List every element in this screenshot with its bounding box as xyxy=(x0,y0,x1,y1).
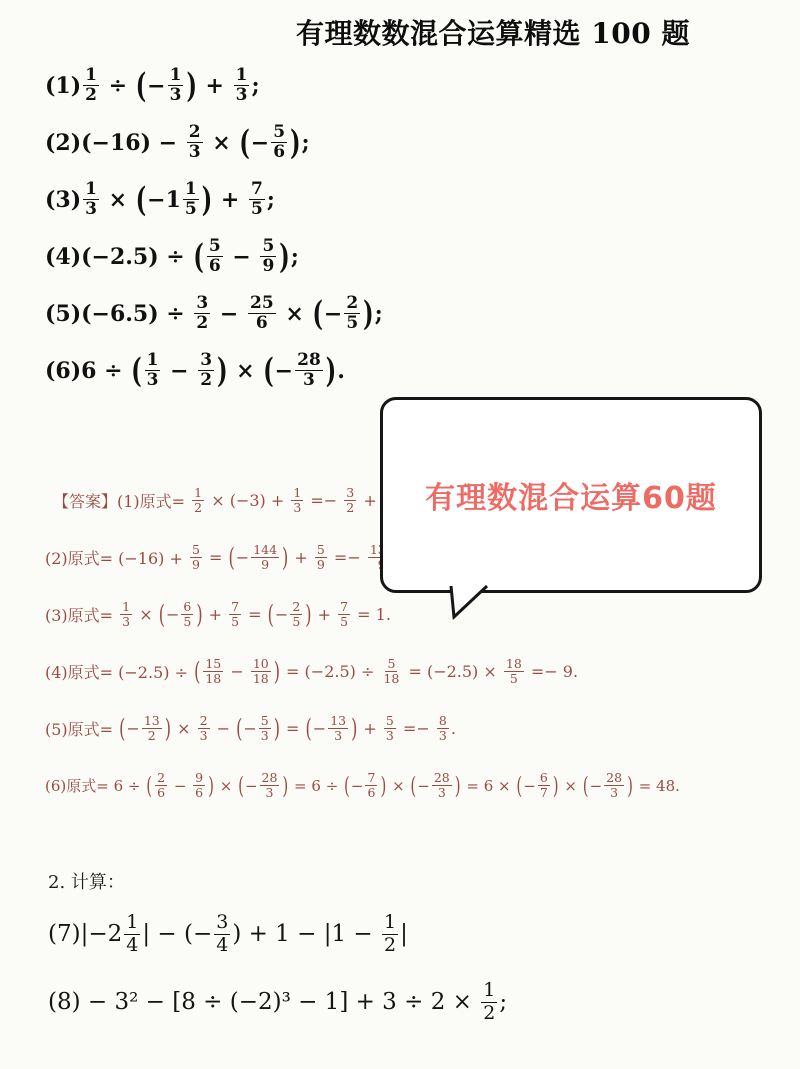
big-paren: ) xyxy=(282,772,288,800)
fraction: 53 xyxy=(259,714,271,743)
big-paren: ( xyxy=(306,714,312,743)
fraction: 133 xyxy=(328,714,348,743)
big-paren: ) xyxy=(208,772,214,800)
big-paren: ) xyxy=(165,714,171,743)
speech-bubble-text: 有理数混合运算60题 xyxy=(425,473,717,517)
answer-expression: (6)原式= 6 ÷ (26 − 96) × (−283) = 6 ÷ (−76… xyxy=(45,757,680,814)
math-text: − xyxy=(351,777,364,795)
math-text: (3) xyxy=(45,187,81,213)
math-text: (5)原式= xyxy=(45,717,118,740)
fraction: 12 xyxy=(382,912,398,956)
fraction: 56 xyxy=(207,237,223,276)
fraction: 32 xyxy=(194,294,210,333)
big-paren: ) xyxy=(363,293,373,333)
page-title: 有理数数混合运算精选 100 题 xyxy=(296,12,690,52)
math-text: ; xyxy=(499,989,507,1015)
math-text: + xyxy=(204,605,228,624)
math-text: + xyxy=(198,73,232,99)
problem-list: (1)12 ÷ (−13) + 13;(2)(−16) − 23 × (−56)… xyxy=(45,57,383,399)
fraction: 15 xyxy=(183,180,199,219)
fraction: 75 xyxy=(338,600,350,629)
big-paren: ( xyxy=(583,772,589,800)
fraction: 13 xyxy=(120,600,132,629)
big-paren: ) xyxy=(290,122,300,162)
math-text: . xyxy=(337,358,345,384)
math-text: − xyxy=(275,605,288,624)
big-paren: ( xyxy=(119,714,125,743)
fraction: 67 xyxy=(538,771,550,800)
fraction: 25 xyxy=(344,294,360,333)
fraction: 283 xyxy=(260,771,280,800)
big-paren: ) xyxy=(196,600,202,629)
math-text: − xyxy=(126,719,139,738)
fraction: 13 xyxy=(168,66,184,105)
problem-expression: (7)|−214| − (−34) + 1 − |1 − 12| xyxy=(48,900,507,968)
math-text: − xyxy=(166,605,179,624)
math-text: = xyxy=(204,548,228,567)
answer-expression: (3)原式= 13 × (−65) + 75 = (−25) + 75 = 1. xyxy=(45,586,680,643)
big-paren: ) xyxy=(282,543,288,572)
problem-list-2: (7)|−214| − (−34) + 1 − |1 − 12|(8) − 3²… xyxy=(48,900,507,1036)
math-text: × (−3) + xyxy=(206,491,289,510)
math-text: (8) − 3² − [8 ÷ (−2)³ − 1] + 3 ÷ 2 × xyxy=(48,989,479,1015)
fraction: 32 xyxy=(198,351,214,390)
math-text: − xyxy=(236,548,249,567)
big-paren: ( xyxy=(131,350,141,390)
big-paren: ) xyxy=(553,772,559,800)
math-text: − xyxy=(324,301,342,327)
math-text: =− xyxy=(398,719,435,738)
fraction: 256 xyxy=(248,294,276,333)
big-paren: ( xyxy=(159,600,165,629)
math-text: − xyxy=(225,244,259,270)
math-text: | xyxy=(400,921,408,947)
math-text: − xyxy=(212,719,236,738)
fraction: 283 xyxy=(432,771,452,800)
fraction: 13 xyxy=(145,351,161,390)
big-paren: ) xyxy=(274,657,280,686)
math-text: = 6 × xyxy=(462,777,516,795)
fraction: 59 xyxy=(315,543,327,572)
fraction: 1018 xyxy=(251,657,271,686)
math-text: × xyxy=(387,777,409,795)
math-text: ; xyxy=(251,73,259,99)
big-paren: ) xyxy=(326,350,336,390)
fraction: 1449 xyxy=(251,543,279,572)
big-paren: ( xyxy=(410,772,416,800)
fraction: 12 xyxy=(192,486,204,515)
problem-expression: (4)(−2.5) ÷ (56 − 59); xyxy=(45,228,383,285)
fraction: 13 xyxy=(234,66,250,105)
big-paren: ( xyxy=(136,65,146,105)
math-text: + xyxy=(358,719,382,738)
math-text: − xyxy=(225,662,249,681)
math-text: −1 xyxy=(147,187,181,213)
big-paren: ( xyxy=(344,772,350,800)
math-text: ; xyxy=(291,244,299,270)
math-text: 【答案】(1)原式= xyxy=(53,489,190,512)
fraction: 518 xyxy=(381,657,401,686)
problem-expression: (8) − 3² − [8 ÷ (−2)³ − 1] + 3 ÷ 2 × 12; xyxy=(48,968,507,1036)
math-text: − xyxy=(523,777,536,795)
math-text: | − (− xyxy=(142,921,212,947)
big-paren: ) xyxy=(627,772,633,800)
math-text: − xyxy=(212,301,246,327)
math-text: (5)(−6.5) ÷ xyxy=(45,301,192,327)
math-text: =− 9. xyxy=(526,662,578,681)
math-text: = 1. xyxy=(352,605,391,624)
big-paren: ) xyxy=(274,714,280,743)
fraction: 56 xyxy=(271,123,287,162)
math-text: (4)(−2.5) ÷ xyxy=(45,244,192,270)
math-text: = xyxy=(243,605,267,624)
math-text: (4)原式= (−2.5) ÷ xyxy=(45,660,193,683)
speech-bubble: 有理数混合运算60题 xyxy=(380,397,762,593)
math-text: × xyxy=(205,130,239,156)
fraction: 13 xyxy=(83,180,99,219)
fraction: 13 xyxy=(291,486,303,515)
big-paren: ) xyxy=(351,714,357,743)
fraction: 59 xyxy=(190,543,202,572)
fraction: 59 xyxy=(260,237,276,276)
fraction: 26 xyxy=(155,771,167,800)
problem-expression: (1)12 ÷ (−13) + 13; xyxy=(45,57,383,114)
big-paren: ) xyxy=(455,772,461,800)
math-text: (1) xyxy=(45,73,81,99)
fraction: 32 xyxy=(344,486,356,515)
math-text: − xyxy=(245,777,258,795)
math-text: × xyxy=(134,605,158,624)
math-text: − xyxy=(275,358,293,384)
math-text: × xyxy=(278,301,312,327)
fraction: 34 xyxy=(214,912,230,956)
math-text: × xyxy=(228,358,262,384)
math-text: . xyxy=(451,719,456,738)
big-paren: ( xyxy=(238,772,244,800)
fraction: 25 xyxy=(290,600,302,629)
math-text: =− xyxy=(329,548,366,567)
problem-expression: (2)(−16) − 23 × (−56); xyxy=(45,114,383,171)
fraction: 14 xyxy=(124,912,140,956)
math-text: =− xyxy=(305,491,342,510)
math-text: = 6 ÷ xyxy=(289,777,343,795)
math-text: × xyxy=(101,187,135,213)
fraction: 12 xyxy=(83,66,99,105)
big-paren: ) xyxy=(380,772,386,800)
speech-bubble-tail-icon xyxy=(443,586,499,622)
big-paren: ( xyxy=(516,772,522,800)
fraction: 96 xyxy=(193,771,205,800)
big-paren: ( xyxy=(194,657,200,686)
worksheet-page: 有理数数混合运算精选 100 题 (1)12 ÷ (−13) + 13;(2)(… xyxy=(0,0,800,1069)
math-text: × xyxy=(560,777,582,795)
math-text: − xyxy=(590,777,603,795)
math-text: ; xyxy=(267,187,275,213)
math-text: (7)|−2 xyxy=(48,921,122,947)
math-text: (6)6 ÷ xyxy=(45,358,130,384)
fraction: 23 xyxy=(187,123,203,162)
math-text: (2)(−16) − xyxy=(45,130,185,156)
fraction: 75 xyxy=(249,180,265,219)
math-text: − xyxy=(251,130,269,156)
math-text: ; xyxy=(375,301,383,327)
math-text: − xyxy=(417,777,430,795)
fraction: 53 xyxy=(384,714,396,743)
big-paren: ( xyxy=(236,714,242,743)
math-text: − xyxy=(147,73,165,99)
fraction: 12 xyxy=(481,980,497,1024)
problem-expression: (5)(−6.5) ÷ 32 − 256 × (−25); xyxy=(45,285,383,342)
fraction: 65 xyxy=(181,600,193,629)
fraction: 283 xyxy=(295,351,323,390)
math-text: (3)原式= xyxy=(45,603,118,626)
big-paren: ) xyxy=(202,179,212,219)
section-2-heading: 2. 计算： xyxy=(48,868,125,894)
math-text: + xyxy=(313,605,337,624)
problem-expression: (6)6 ÷ (13 − 32) × (−283). xyxy=(45,342,383,399)
math-text: − xyxy=(169,777,191,795)
math-text: ) + 1 − |1 − xyxy=(232,921,380,947)
math-text: ÷ xyxy=(101,73,135,99)
math-text: ; xyxy=(301,130,309,156)
big-paren: ( xyxy=(312,293,322,333)
big-paren: ) xyxy=(305,600,311,629)
math-text: = 48. xyxy=(634,777,680,795)
big-paren: ( xyxy=(229,543,235,572)
fraction: 76 xyxy=(365,771,377,800)
big-paren: ) xyxy=(279,236,289,276)
answer-expression: (4)原式= (−2.5) ÷ (1518 − 1018) = (−2.5) ÷… xyxy=(45,643,680,700)
answer-expression: (5)原式= (−132) × 23 − (−53) = (−133) + 53… xyxy=(45,700,680,757)
math-text: × xyxy=(215,777,237,795)
math-text: + xyxy=(358,491,382,510)
fraction: 132 xyxy=(142,714,162,743)
math-text: + xyxy=(213,187,247,213)
fraction: 283 xyxy=(604,771,624,800)
math-text: = xyxy=(281,719,305,738)
math-text: + xyxy=(289,548,313,567)
fraction: 23 xyxy=(198,714,210,743)
math-text: − xyxy=(162,358,196,384)
fraction: 75 xyxy=(229,600,241,629)
fraction: 1518 xyxy=(203,657,223,686)
math-text: = (−2.5) × xyxy=(403,662,502,681)
big-paren: ( xyxy=(136,179,146,219)
big-paren: ) xyxy=(186,65,196,105)
math-text: (6)原式= 6 ÷ xyxy=(45,775,145,796)
big-paren: ( xyxy=(268,600,274,629)
math-text: (2)原式= (−16) + xyxy=(45,546,188,569)
fraction: 83 xyxy=(437,714,449,743)
big-paren: ( xyxy=(239,122,249,162)
problem-expression: (3)13 × (−115) + 75; xyxy=(45,171,383,228)
fraction: 185 xyxy=(504,657,524,686)
big-paren: ( xyxy=(146,772,152,800)
big-paren: ) xyxy=(217,350,227,390)
big-paren: ( xyxy=(263,350,273,390)
math-text: − xyxy=(313,719,326,738)
math-text: × xyxy=(172,719,196,738)
math-text: − xyxy=(243,719,256,738)
big-paren: ( xyxy=(193,236,203,276)
math-text: = (−2.5) ÷ xyxy=(281,662,380,681)
